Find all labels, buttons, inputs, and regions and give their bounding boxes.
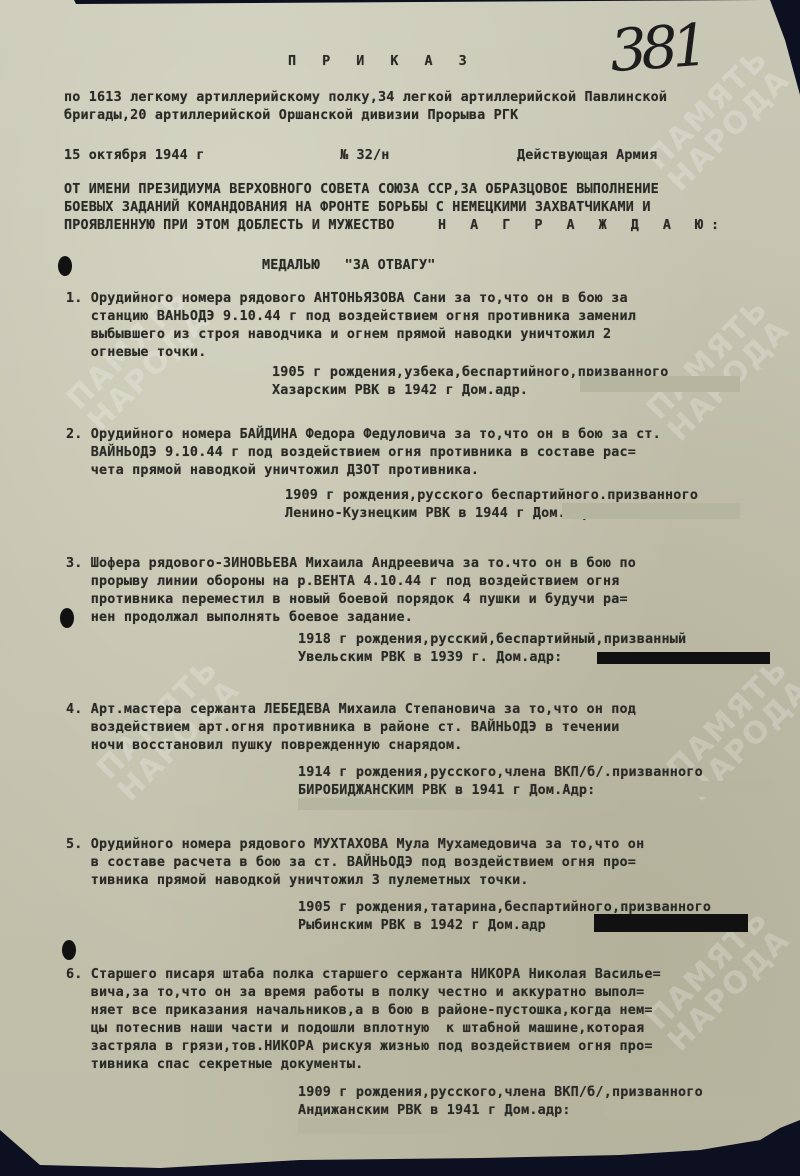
entry-line: 4. Арт.мастера сержанта ЛЕБЕДЕВА Михаила… — [66, 700, 636, 719]
redacted-address — [562, 503, 740, 519]
entry-line: тивника спас секретные документы. — [66, 1055, 363, 1074]
entry-line: 2. Орудийного номера БАЙДИНА Федора Феду… — [66, 425, 661, 444]
redacted-address — [580, 376, 740, 392]
header-line: бригады,20 артиллерийской Оршанской диви… — [64, 106, 518, 125]
redacted-address — [604, 1100, 766, 1117]
punch-hole — [62, 940, 76, 960]
entry-line: нен продолжал выполнять боевое задание. — [66, 608, 413, 627]
order-date: 15 октября 1944 г — [64, 146, 204, 165]
redacted-address — [597, 652, 770, 664]
bio-line: Хазарским РВК в 1942 г Дом.адр. — [272, 381, 528, 400]
bio-line: 1918 г рождения,русский,беспартийный,при… — [298, 630, 686, 649]
entry-line: прорыву линии обороны на р.ВЕНТА 4.10.44… — [66, 572, 620, 591]
redacted-address — [298, 798, 618, 810]
entry-line: вича,за то,что он за время работы в полк… — [66, 983, 644, 1002]
archive-number: 381 — [608, 15, 705, 81]
entry-line: противника переместил в новый боевой пор… — [66, 590, 628, 609]
entry-line: 5. Орудийного номера рядового МУХТАХОВА … — [66, 835, 644, 854]
entry-line: огневые точки. — [66, 343, 206, 362]
entry-line: ВАЙНЬОДЭ 9.10.44 г под воздействием огня… — [66, 443, 636, 462]
entry-line: ночи восстановил пушку поврежденную снар… — [66, 736, 463, 755]
redacted-address — [594, 914, 748, 932]
entry-line: застряла в грязи,тов.НИКОРА рискуя жизнь… — [66, 1037, 653, 1056]
entry-line: воздействием арт.огня противника в район… — [66, 718, 620, 737]
preamble-line: БОЕВЫХ ЗАДАНИЙ КОМАНДОВАНИЯ НА ФРОНТЕ БО… — [64, 198, 651, 217]
bio-line: Увельским РВК в 1939 г. Дом.адр: — [298, 648, 562, 667]
entry-line: в составе расчета в бою за ст. ВАЙНЬОДЭ … — [66, 853, 636, 872]
punch-hole — [58, 256, 72, 276]
award-verb: Н А Г Р А Ж Д А Ю: — [438, 216, 727, 235]
header-line: по 1613 легкому артиллерийскому полку,34… — [64, 88, 667, 107]
order-number: № 32/н — [340, 146, 390, 165]
redacted-address — [298, 1118, 560, 1134]
preamble-line: ОТ ИМЕНИ ПРЕЗИДИУМА ВЕРХОВНОГО СОВЕТА СО… — [64, 180, 659, 199]
preamble-line: ПРОЯВЛЕННУЮ ПРИ ЭТОМ ДОБЛЕСТЬ И МУЖЕСТВО — [64, 216, 394, 235]
bio-line: Рыбинским РВК в 1942 г Дом.адр — [298, 916, 546, 935]
document-title: П Р И К А З — [288, 52, 476, 71]
entry-line: выбывшего из строя наводчика и огнем пря… — [66, 325, 611, 344]
bio-line: Ленино-Кузнецким РВК в 1944 г Дом.адр — [285, 504, 591, 523]
entry-line: 3. Шофера рядового-ЗИНОВЬЕВА Михаила Анд… — [66, 554, 636, 573]
bio-line: 1914 г рождения,русского,члена ВКП/б/.пр… — [298, 763, 703, 782]
document-page: ПАМЯТЬ НАРОДА ПАМЯТЬ НАРОДА ПАМЯТЬ НАРОД… — [0, 0, 800, 1176]
medal-heading: МЕДАЛЬЮ "ЗА ОТВАГУ" — [262, 256, 436, 275]
entry-line: 1. Орудийного номера рядового АНТОНЬЯЗОВ… — [66, 289, 628, 308]
entry-line: 6. Старшего писаря штаба полка старшего … — [66, 965, 661, 984]
entry-line: тивника прямой наводкой уничтожил 3 пуле… — [66, 871, 529, 890]
entry-line: няет все приказания начальников,а в бою … — [66, 1001, 653, 1020]
redacted-address — [636, 781, 774, 797]
order-location: Действующая Армия — [517, 146, 657, 165]
entry-line: чета прямой наводкой уничтожил ДЗОТ прот… — [66, 461, 479, 480]
entry-line: станцию ВАНЬОДЭ 9.10.44 г под воздействи… — [66, 307, 636, 326]
entry-line: цы потеснив наши части и подошли вплотну… — [66, 1019, 644, 1038]
